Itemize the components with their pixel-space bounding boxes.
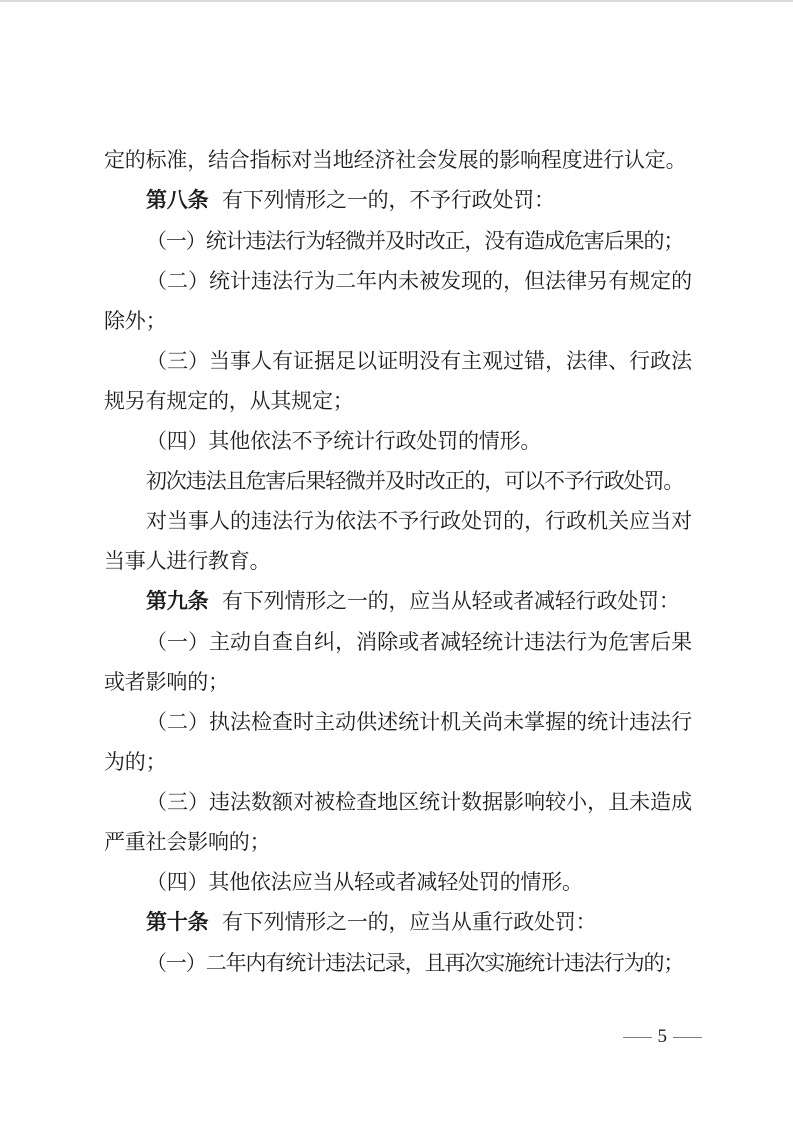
paragraph-text: （二）统计违法行为二年内未被发现的，但法律另有规定的除外； [104,269,692,333]
page-number-dash-left: — [623,1026,652,1048]
page-footer: — 5 — [628,1026,698,1048]
paragraph-text: 定的标准，结合指标对当地经济社会发展的影响程度进行认定。 [104,148,686,172]
paragraph-text: 有下列情形之一的，不予行政处罚： [222,188,555,212]
article-number-label: 第十条 [146,911,208,934]
paragraph: 第十条有下列情形之一的，应当从重行政处罚： [104,902,692,943]
paragraph: 第九条有下列情形之一的，应当从轻或者减轻行政处罚： [104,581,692,622]
article-number-label: 第八条 [146,189,208,212]
paragraph: 对当事人的违法行为依法不予行政处罚的，行政机关应当对当事人进行教育。 [104,501,692,581]
paragraph-text: （三）当事人有证据足以证明没有主观过错，法律、行政法规另有规定的，从其规定； [104,349,692,413]
paragraph-text: （四）其他依法应当从轻或者减轻处罚的情形。 [146,870,583,894]
paragraph: （二）执法检查时主动供述统计机关尚未掌握的统计违法行为的； [104,702,692,782]
paragraph: （四）其他依法不予统计行政处罚的情形。 [104,421,692,461]
document-page: 定的标准，结合指标对当地经济社会发展的影响程度进行认定。 第八条有下列情形之一的… [0,0,793,1122]
document-body: 定的标准，结合指标对当地经济社会发展的影响程度进行认定。 第八条有下列情形之一的… [104,140,692,983]
page-number-dash-right: — [673,1026,702,1048]
paragraph-text: （三）违法数额对被检查地区统计数据影响较小，且未造成严重社会影响的； [104,790,692,854]
paragraph-text: （一）主动自查自纠，消除或者减轻统计违法行为危害后果或者影响的； [104,630,692,694]
paragraph: （一）二年内有统计违法记录，且再次实施统计违法行为的； [104,943,692,983]
paragraph-text: 有下列情形之一的，应当从轻或者减轻行政处罚： [222,589,680,613]
paragraph-text: （四）其他依法不予统计行政处罚的情形。 [146,429,541,453]
scan-edge-artifact [0,0,793,2]
paragraph-text: （一）统计违法行为轻微并及时改正，没有造成危害后果的； [146,229,683,253]
paragraph: （三）当事人有证据足以证明没有主观过错，法律、行政法规另有规定的，从其规定； [104,341,692,421]
paragraph: （一）统计违法行为轻微并及时改正，没有造成危害后果的； [104,221,692,261]
paragraph: （一）主动自查自纠，消除或者减轻统计违法行为危害后果或者影响的； [104,622,692,702]
paragraph-text: 有下列情形之一的，应当从重行政处罚： [222,910,596,934]
paragraph: （三）违法数额对被检查地区统计数据影响较小，且未造成严重社会影响的； [104,782,692,862]
paragraph: 第八条有下列情形之一的，不予行政处罚： [104,180,692,221]
paragraph: 初次违法且危害后果轻微并及时改正的，可以不予行政处罚。 [104,461,692,501]
paragraph: （二）统计违法行为二年内未被发现的，但法律另有规定的除外； [104,261,692,341]
paragraph-text: （一）二年内有统计违法记录，且再次实施统计违法行为的； [146,951,683,975]
paragraph: （四）其他依法应当从轻或者减轻处罚的情形。 [104,862,692,902]
article-number-label: 第九条 [146,590,208,613]
page-number: 5 [658,1026,668,1048]
paragraph-text: 对当事人的违法行为依法不予行政处罚的，行政机关应当对当事人进行教育。 [104,509,692,573]
paragraph-text: （二）执法检查时主动供述统计机关尚未掌握的统计违法行为的； [104,710,692,774]
paragraph: 定的标准，结合指标对当地经济社会发展的影响程度进行认定。 [104,140,692,180]
paragraph-text: 初次违法且危害后果轻微并及时改正的，可以不予行政处罚。 [146,469,683,493]
